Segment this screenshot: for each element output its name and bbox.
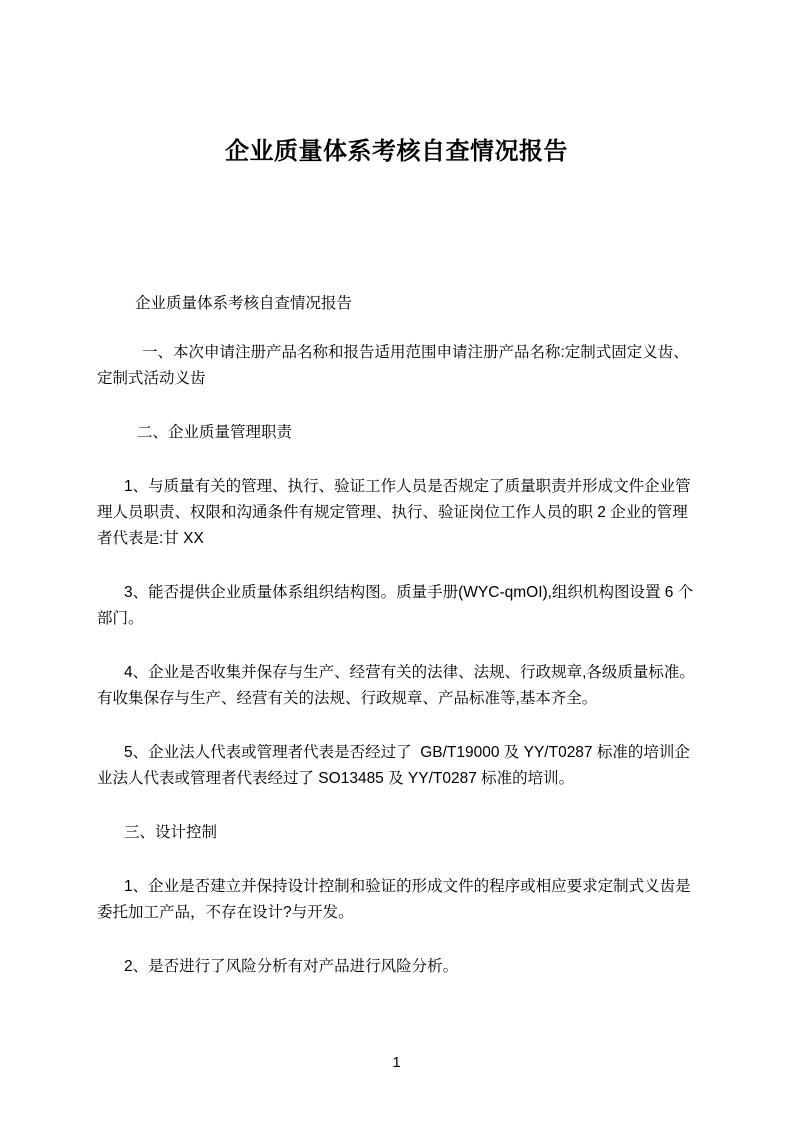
document-body: 一、本次申请注册产品名称和报告适用范围申请注册产品名称:定制式固定义齿、定制式活… xyxy=(97,340,698,1008)
paragraph-item-4: 4、企业是否收集并保存与生产、经营有关的法律、法规、行政规章,各级质量标准。有收… xyxy=(97,660,698,712)
paragraph-item-5: 5、企业法人代表或管理者代表是否经过了 GB/T19000 及 YY/T0287… xyxy=(97,740,698,792)
paragraph-section-3-heading: 三、设计控制 xyxy=(97,820,698,846)
paragraph-design-item-1: 1、企业是否建立并保持设计控制和验证的形成文件的程序或相应要求定制式义齿是委托加… xyxy=(97,874,698,926)
paragraph-section-2-heading: 二、企业质量管理职责 xyxy=(97,420,698,446)
document-page: 企业质量体系考核自查情况报告 企业质量体系考核自查情况报告 一、本次申请注册产品… xyxy=(0,0,793,1122)
paragraph-item-3: 3、能否提供企业质量体系组织结构图。质量手册(WYC-qmOI),组织机构图设置… xyxy=(97,580,698,632)
page-number: 1 xyxy=(0,1050,793,1076)
paragraph-item-1: 1、与质量有关的管理、执行、验证工作人员是否规定了质量职责并形成文件企业管理人员… xyxy=(97,474,698,552)
document-subtitle: 企业质量体系考核自查情况报告 xyxy=(97,291,698,317)
paragraph-design-item-2: 2、是否进行了风险分析有对产品进行风险分析。 xyxy=(97,954,698,980)
paragraph-section-1: 一、本次申请注册产品名称和报告适用范围申请注册产品名称:定制式固定义齿、定制式活… xyxy=(97,340,698,392)
document-title: 企业质量体系考核自查情况报告 xyxy=(0,136,793,168)
